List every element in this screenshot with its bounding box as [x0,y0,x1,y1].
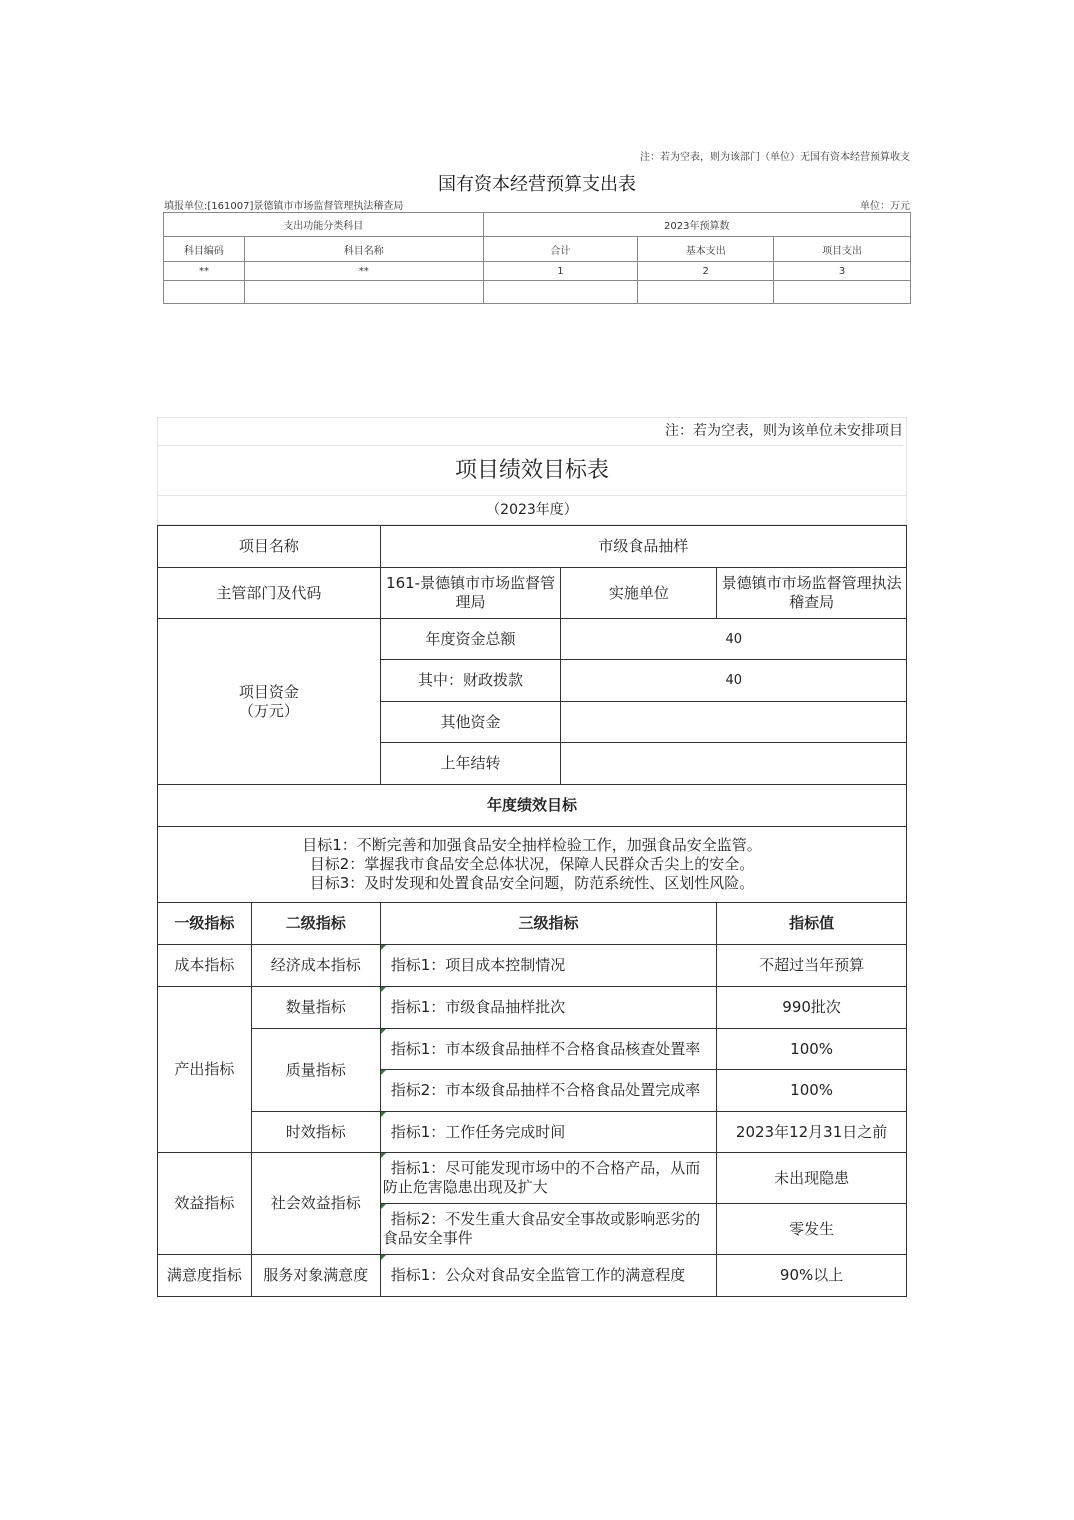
fund-item-value: 40 [561,660,907,702]
project-name-label: 项目名称 [158,526,381,568]
annual-goals-header-row: 年度绩效目标 [158,785,907,827]
column-header: 基本支出 [638,237,774,262]
budget-table: 支出功能分类科目 2023年预算数 科目编码 科目名称 合计 基本支出 项目支出… [163,212,911,304]
level3-indicator: 指标2：不发生重大食品安全事故或影响恶劣的食品安全事件 [380,1204,717,1255]
department-value: 161-景德镇市市场监督管理局 [380,568,561,619]
level1-indicator: 满意度指标 [158,1255,252,1297]
column-header: 科目名称 [244,237,483,262]
indicator-name-line1: 指标2：不发生重大食品安全事故或影响恶劣的 [383,1210,701,1228]
header-group-function-class: 支出功能分类科目 [164,213,484,237]
level2-indicator: 时效指标 [251,1112,380,1153]
indicator-name-line2: 防止危害隐患出现及扩大 [383,1178,548,1196]
column-header: 合计 [483,237,638,262]
fund-item-label: 上年结转 [380,743,561,785]
department-row: 主管部门及代码 161-景德镇市市场监督管理局 实施单位 景德镇市市场监督管理执… [158,568,907,619]
goal-item: 目标1：不断完善和加强食品安全抽样检验工作，加强食品安全监管。 [160,836,904,855]
budget-table-unit-line: 填报单位:[161007]景德镇市市场监督管理执法稽查局 单位：万元 [164,197,910,212]
level1-indicator: 效益指标 [158,1153,252,1255]
indicator-row: 质量指标 指标1：市本级食品抽样不合格食品核查处置率 100% [158,1029,907,1070]
table-cell: ** [164,262,245,281]
level3-indicator: 指标1：尽可能发现市场中的不合格产品，从而防止危害隐患出现及扩大 [380,1153,717,1204]
indicator-value: 2023年12月31日之前 [717,1112,907,1153]
fund-item-value [561,743,907,785]
indicator-row: 产出指标 数量指标 指标1：市级食品抽样批次 990批次 [158,987,907,1029]
table-cell: 2 [638,262,774,281]
level1-indicator: 成本指标 [158,945,252,987]
indicator-value: 90%以上 [717,1255,907,1297]
project-name-row: 项目名称 市级食品抽样 [158,526,907,568]
reporting-unit: 填报单位:[161007]景德镇市市场监督管理执法稽查局 [164,197,403,212]
indicator-value: 不超过当年预算 [717,945,907,987]
table-cell: 3 [774,262,911,281]
indicator-value: 100% [717,1070,907,1112]
comment-marker-icon [381,1029,386,1034]
indicator-name: 指标1：项目成本控制情况 [391,956,566,974]
project-funds-label: 项目资金 （万元） [158,619,381,785]
header-group-row: 支出功能分类科目 2023年预算数 [164,213,911,237]
table-cell [638,281,774,304]
comment-marker-icon [381,1255,386,1260]
fund-item-value [561,702,907,743]
implementing-unit-label: 实施单位 [561,568,717,619]
indicator-name: 指标1：公众对食品安全监管工作的满意程度 [391,1266,686,1284]
comment-marker-icon [381,945,386,950]
indicator-header-row: 一级指标 二级指标 三级指标 指标值 [158,903,907,945]
performance-table-title: 项目绩效目标表 [158,446,906,496]
level3-indicator: 指标2：市本级食品抽样不合格食品处置完成率 [380,1070,717,1112]
level2-indicator: 社会效益指标 [251,1153,380,1255]
fund-item-value: 40 [561,619,907,660]
department-label: 主管部门及代码 [158,568,381,619]
funds-unit: （万元） [160,702,378,721]
column-header: 科目编码 [164,237,245,262]
level3-indicator: 指标1：市本级食品抽样不合格食品核查处置率 [380,1029,717,1070]
annual-goals-row: 目标1：不断完善和加强食品安全抽样检验工作，加强食品安全监管。 目标2：掌握我市… [158,827,907,903]
goal-item: 目标2：掌握我市食品安全总体状况，保障人民群众舌尖上的安全。 [160,855,904,874]
implementing-unit-value: 景德镇市市场监督管理执法稽查局 [717,568,907,619]
table-row [164,281,911,304]
annual-goals-label: 年度绩效目标 [158,785,907,827]
level2-indicator: 服务对象满意度 [251,1255,380,1297]
indicator-row: 时效指标 指标1：工作任务完成时间 2023年12月31日之前 [158,1112,907,1153]
indicator-row: 成本指标 经济成本指标 指标1：项目成本控制情况 不超过当年预算 [158,945,907,987]
indicator-row: 满意度指标 服务对象满意度 指标1：公众对食品安全监管工作的满意程度 90%以上 [158,1255,907,1297]
indicator-header: 一级指标 [158,903,252,945]
column-header: 项目支出 [774,237,911,262]
indicator-name-line1: 指标1：尽可能发现市场中的不合格产品，从而 [383,1159,701,1177]
performance-table: 项目名称 市级食品抽样 主管部门及代码 161-景德镇市市场监督管理局 实施单位… [157,525,907,1297]
performance-table-year: （2023年度） [158,496,906,525]
fund-item-label: 其他资金 [380,702,561,743]
table-cell [774,281,911,304]
level2-indicator: 经济成本指标 [251,945,380,987]
fund-item-label: 年度资金总额 [380,619,561,660]
currency-unit: 单位：万元 [860,197,910,212]
level3-indicator: 指标1：市级食品抽样批次 [380,987,717,1029]
funds-row: 项目资金 （万元） 年度资金总额 40 [158,619,907,660]
comment-marker-icon [381,1153,386,1158]
indicator-name-line2: 食品安全事件 [383,1229,473,1247]
indicator-header: 指标值 [717,903,907,945]
index-row: ** ** 1 2 3 [164,262,911,281]
indicator-header: 二级指标 [251,903,380,945]
comment-marker-icon [381,987,386,992]
indicator-value: 990批次 [717,987,907,1029]
comment-marker-icon [381,1070,386,1075]
level1-indicator: 产出指标 [158,987,252,1153]
table-cell [244,281,483,304]
table-cell: 1 [483,262,638,281]
indicator-name: 指标1：市级食品抽样批次 [391,998,566,1016]
budget-table-title: 国有资本经营预算支出表 [160,170,914,196]
annual-goals: 目标1：不断完善和加强食品安全抽样检验工作，加强食品安全监管。 目标2：掌握我市… [158,827,907,903]
indicator-value: 未出现隐患 [717,1153,907,1204]
fund-item-label: 其中：财政拨款 [380,660,561,702]
indicator-value: 零发生 [717,1204,907,1255]
header-group-budget-2023: 2023年预算数 [483,213,910,237]
level2-indicator: 数量指标 [251,987,380,1029]
budget-table-note: 注：若为空表，则为该部门（单位）无国有资本经营预算收支 [160,148,910,163]
level3-indicator: 指标1：工作任务完成时间 [380,1112,717,1153]
indicator-name: 指标2：市本级食品抽样不合格食品处置完成率 [391,1081,701,1099]
comment-marker-icon [381,1204,386,1209]
column-header-row: 科目编码 科目名称 合计 基本支出 项目支出 [164,237,911,262]
performance-table-note: 注：若为空表，则为该单位未安排项目 [157,417,903,446]
indicator-value: 100% [717,1029,907,1070]
indicator-header: 三级指标 [380,903,717,945]
comment-marker-icon [381,1112,386,1117]
level2-indicator: 质量指标 [251,1029,380,1112]
table-cell [483,281,638,304]
goal-item: 目标3：及时发现和处置食品安全问题，防范系统性、区划性风险。 [160,874,904,893]
indicator-name: 指标1：工作任务完成时间 [391,1123,566,1141]
table-cell: ** [244,262,483,281]
indicator-row: 效益指标 社会效益指标 指标1：尽可能发现市场中的不合格产品，从而防止危害隐患出… [158,1153,907,1204]
funds-label: 项目资金 [160,683,378,702]
level3-indicator: 指标1：公众对食品安全监管工作的满意程度 [380,1255,717,1297]
indicator-name: 指标1：市本级食品抽样不合格食品核查处置率 [391,1040,701,1058]
project-name-value: 市级食品抽样 [380,526,906,568]
level3-indicator: 指标1：项目成本控制情况 [380,945,717,987]
table-cell [164,281,245,304]
